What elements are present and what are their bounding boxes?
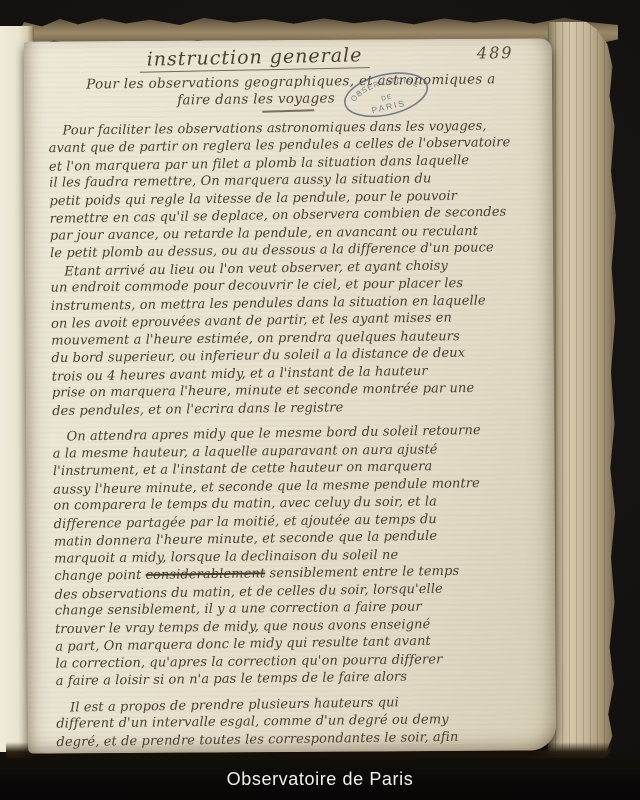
manuscript-page-content: 489 instruction generale Pour les observ…	[21, 37, 558, 756]
manuscript-page: 489 instruction generale Pour les observ…	[24, 38, 556, 753]
caption-label: Observatoire de Paris	[227, 769, 414, 790]
stamp-bottom-text: PARIS	[371, 98, 407, 115]
subtitle-underline	[262, 109, 314, 112]
page-title: instruction generale	[139, 44, 369, 73]
fore-edge-pages	[548, 22, 618, 766]
struck-word: considerablement	[146, 566, 266, 583]
manuscript-body: Pour faciliter les observations astronom…	[48, 116, 542, 751]
caption-bar: Observatoire de Paris	[0, 758, 640, 800]
folio-number: 489	[477, 43, 514, 62]
photo-frame: 489 instruction generale Pour les observ…	[0, 0, 640, 800]
subtitle-line-1: Pour les observations geographiques, et …	[62, 71, 520, 93]
